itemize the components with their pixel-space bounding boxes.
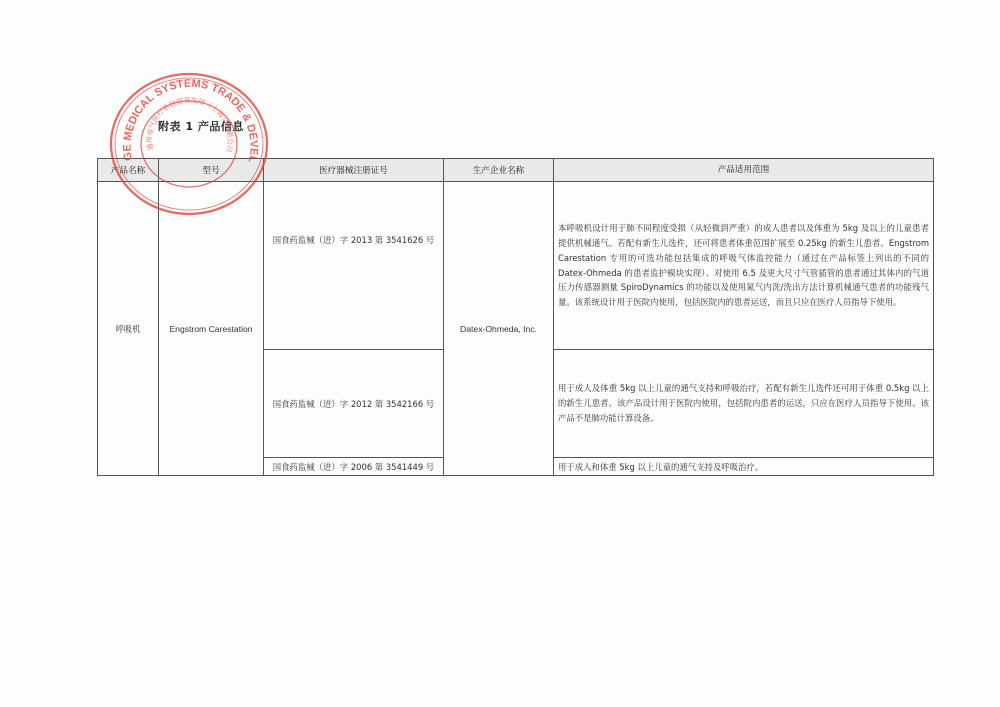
table-row: 呼吸机 Engstrom Carestation 国食药监械（进）字 2013 …: [98, 182, 934, 350]
header-model: 型号: [159, 159, 264, 182]
header-product-name: 产品名称: [98, 159, 159, 182]
scope-cell: 用于成人和体重 5kg 以上儿童的通气支持及呼吸治疗。: [554, 458, 934, 476]
header-registration-number: 医疗器械注册证号: [264, 159, 444, 182]
document-page: 附表 1 产品信息 GE MEDICAL SYSTEMS TRADE & DEV…: [0, 0, 1000, 707]
scope-cell: 本呼吸机设计用于肺不同程度受损（从轻微到严重）的成人患者以及体重为 5kg 及以…: [554, 182, 934, 350]
manufacturer-cell: Datex-Ohmeda, Inc.: [444, 182, 554, 476]
registration-cell: 国食药监械（进）字 2013 第 3541626 号: [264, 182, 444, 350]
registration-cell: 国食药监械（进）字 2012 第 3542166 号: [264, 350, 444, 458]
table-caption: 附表 1 产品信息: [158, 118, 244, 134]
scope-cell: 用于成人及体重 5kg 以上儿童的通气支持和呼吸治疗，若配有新生儿选件还可用于体…: [554, 350, 934, 458]
registration-cell: 国食药监械（进）字 2006 第 3541449 号: [264, 458, 444, 476]
model-cell: Engstrom Carestation: [159, 182, 264, 476]
header-manufacturer: 生产企业名称: [444, 159, 554, 182]
product-info-table: 产品名称 型号 医疗器械注册证号 生产企业名称 产品适用范围 呼吸机 Engst…: [97, 158, 934, 476]
header-scope-of-application: 产品适用范围: [554, 159, 934, 182]
product-name-cell: 呼吸机: [98, 182, 159, 476]
table-header-row: 产品名称 型号 医疗器械注册证号 生产企业名称 产品适用范围: [98, 159, 934, 182]
